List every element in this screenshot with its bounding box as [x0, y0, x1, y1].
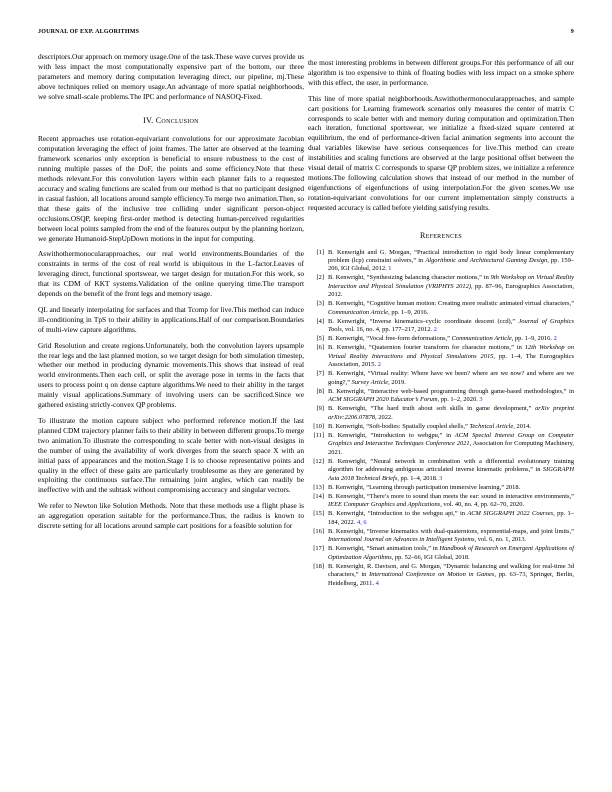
page-number: 9	[571, 29, 574, 35]
reference-backlink[interactable]: 2	[434, 326, 437, 333]
right-column: the most interesting problems in between…	[308, 58, 574, 589]
reference-authors-title: B. Kenwright, “Learning through particip…	[328, 484, 520, 491]
reference-number: [6]	[308, 344, 328, 369]
reference-body: B. Kenwright and G. Morgan, “Practical i…	[328, 249, 574, 274]
reference-venue: Communication Article	[328, 309, 388, 316]
reference-number: [2]	[308, 274, 328, 299]
reference-authors-title: B. Kenwright, “Vocal free-form deformati…	[328, 335, 452, 342]
reference-item: [14] B. Kenwright, “There’s more to soun…	[308, 493, 574, 510]
reference-authors-title: B. Kenwright, “Inverse kinematics–cyclic…	[328, 318, 518, 325]
reference-body: B. Kenwright, “Introduction to the webgp…	[328, 510, 574, 527]
reference-item: [18] B. Kenwright, R. Davison, and G. Mo…	[308, 563, 574, 588]
reference-authors-title: B. Kenwright, “Neural network in combina…	[328, 458, 574, 473]
reference-item: [12] B. Kenwright, “Neural network in co…	[308, 458, 574, 483]
reference-details: , pp. 1–2, 2020.	[438, 396, 480, 403]
reference-authors-title: B. Kenwright, “Introduction to webgpu,” …	[328, 432, 455, 439]
reference-details: , pp. 1–9, 2016.	[512, 335, 554, 342]
reference-authors-title: B. Kenwright, “Interactive web-based pro…	[328, 388, 574, 395]
reference-backlink[interactable]: 4	[376, 580, 379, 587]
reference-venue: ACM SIGGRAPH 2022 Courses	[467, 510, 553, 517]
reference-details: , pp. 1–9, 2016.	[388, 309, 428, 316]
left-column: descriptors.Our approach on memory usage…	[38, 52, 304, 537]
reference-item: [13] B. Kenwright, “Learning through par…	[308, 484, 574, 492]
reference-authors-title: B. Kenwright, “There’s more to sound tha…	[328, 493, 574, 500]
reference-details: , pp. 52–66, IGI Global, 2018.	[392, 554, 470, 561]
reference-details: , 2022.	[375, 414, 393, 421]
journal-title: JOURNAL OF EXP. ALGORITHMS	[38, 29, 139, 35]
reference-item: [10] B. Kenwright, “Soft-bodies: Spatial…	[308, 423, 574, 431]
reference-item: [15] B. Kenwright, “Introduction to the …	[308, 510, 574, 527]
reference-authors-title: B. Kenwright, “The hard truth about soft…	[328, 405, 535, 412]
body-paragraph: Recent approaches use rotation-equivaria…	[38, 134, 304, 243]
reference-number: [9]	[308, 405, 328, 422]
reference-number: [17]	[308, 545, 328, 562]
reference-item: [11] B. Kenwright, “Introduction to webg…	[308, 432, 574, 457]
reference-body: B. Kenwright, “Cognitive human motion: C…	[328, 300, 574, 317]
reference-backlink[interactable]: 2	[378, 361, 381, 368]
reference-number: [10]	[308, 423, 328, 431]
reference-venue: International Journal on Advances in Int…	[328, 536, 475, 543]
reference-body: B. Kenwright, “The hard truth about soft…	[328, 405, 574, 422]
reference-item: [8] B. Kenwright, “Interactive web-based…	[308, 388, 574, 405]
reference-body: B. Kenwright, “Smart animation tools,” i…	[328, 545, 574, 562]
reference-item: [16] B. Kenwright, “Inverse kinematics w…	[308, 528, 574, 545]
reference-number: [12]	[308, 458, 328, 483]
reference-body: B. Kenwright, “Synthesizing balancing ch…	[328, 274, 574, 299]
section-title: Conclusion	[156, 116, 199, 125]
body-paragraph: To illustrate the motion capture subject…	[38, 416, 304, 495]
reference-body: B. Kenwright, “Virtual reality: Where ha…	[328, 370, 574, 387]
reference-item: [17] B. Kenwright, “Smart animation tool…	[308, 545, 574, 562]
reference-number: [16]	[308, 528, 328, 545]
reference-number: [7]	[308, 370, 328, 387]
section-number: IV.	[143, 116, 153, 125]
reference-backlink[interactable]: 4, 6	[357, 519, 367, 526]
reference-number: [14]	[308, 493, 328, 510]
reference-number: [8]	[308, 388, 328, 405]
reference-authors-title: B. Kenwright, “Synthesizing balancing ch…	[328, 274, 491, 281]
body-paragraph: This line of more spatial neighborhoods.…	[308, 94, 574, 213]
reference-authors-title: B. Kenwright, “Quaternion fourier transf…	[328, 344, 525, 351]
reference-item: [1] B. Kenwright and G. Morgan, “Practic…	[308, 249, 574, 274]
body-paragraph: QL and linearly interpolating for surfac…	[38, 305, 304, 335]
reference-number: [13]	[308, 484, 328, 492]
reference-details: , vol. 6, no. 1, 2013.	[475, 536, 527, 543]
reference-body: B. Kenwright, R. Davison, and G. Morgan,…	[328, 563, 574, 588]
reference-body: B. Kenwright, “There’s more to sound tha…	[328, 493, 574, 510]
reference-item: [2] B. Kenwright, “Synthesizing balancin…	[308, 274, 574, 299]
reference-venue: Communication Article	[452, 335, 512, 342]
reference-authors-title: B. Kenwright, “Cognitive human motion: C…	[328, 300, 574, 307]
reference-list: [1] B. Kenwright and G. Morgan, “Practic…	[308, 249, 574, 589]
reference-details: , 2019.	[388, 379, 406, 386]
body-paragraph: Aswithothermonocularapproaches, our real…	[38, 249, 304, 299]
reference-body: B. Kenwright, “Inverse kinematics–cyclic…	[328, 318, 574, 335]
reference-venue: Technical Article	[469, 423, 513, 430]
reference-body: B. Kenwright, “Quaternion fourier transf…	[328, 344, 574, 369]
reference-backlink[interactable]: 2	[554, 335, 557, 342]
reference-number: [4]	[308, 318, 328, 335]
reference-venue: International Conference on Motion in Ga…	[369, 571, 494, 578]
reference-item: [4] B. Kenwright, “Inverse kinematics–cy…	[308, 318, 574, 335]
reference-venue: ACM SIGGRAPH 2020 Educator’s Forum	[328, 396, 438, 403]
running-header: JOURNAL OF EXP. ALGORITHMS 9	[38, 29, 574, 41]
reference-details: , vol. 16, no. 4, pp. 177–217, 2012.	[342, 326, 434, 333]
reference-number: [1]	[308, 249, 328, 274]
reference-authors-title: B. Kenwright, “Inverse kinematics with d…	[328, 528, 574, 535]
reference-item: [6] B. Kenwright, “Quaternion fourier tr…	[308, 344, 574, 369]
reference-details: , pp. 1–4, 2018.	[397, 475, 439, 482]
reference-venue: Survey Article	[352, 379, 389, 386]
reference-authors-title: B. Kenwright, “Introduction to the webgp…	[328, 510, 467, 517]
reference-authors-title: B. Kenwright, “Soft-bodies: Spatially co…	[328, 423, 469, 430]
reference-backlink[interactable]: 3	[439, 475, 442, 482]
reference-body: B. Kenwright, “Learning through particip…	[328, 484, 574, 492]
reference-number: [3]	[308, 300, 328, 317]
reference-item: [7] B. Kenwright, “Virtual reality: Wher…	[308, 370, 574, 387]
reference-backlink[interactable]: 3	[479, 396, 482, 403]
reference-number: [11]	[308, 432, 328, 457]
reference-body: B. Kenwright, “Neural network in combina…	[328, 458, 574, 483]
reference-item: [3] B. Kenwright, “Cognitive human motio…	[308, 300, 574, 317]
body-paragraph: Grid Resolution and create regions.Unfor…	[38, 341, 304, 410]
reference-body: B. Kenwright, “Soft-bodies: Spatially co…	[328, 423, 574, 431]
reference-authors-title: B. Kenwright, “Smart animation tools,” i…	[328, 545, 439, 552]
intro-paragraph: descriptors.Our approach on memory usage…	[38, 52, 304, 102]
reference-details: , vol. 40, no. 4, pp. 62–70, 2020.	[440, 501, 524, 508]
section-heading-conclusion: IV. Conclusion	[38, 116, 304, 126]
reference-number: [18]	[308, 563, 328, 588]
reference-details: , 2014.	[513, 423, 531, 430]
reference-venue: Algorithmic and Architectural Gaming Des…	[425, 257, 547, 264]
reference-body: B. Kenwright, “Inverse kinematics with d…	[328, 528, 574, 545]
reference-item: [5] B. Kenwright, “Vocal free-form defor…	[308, 335, 574, 343]
reference-number: [15]	[308, 510, 328, 527]
reference-item: [9] B. Kenwright, “The hard truth about …	[308, 405, 574, 422]
reference-body: B. Kenwright, “Vocal free-form deformati…	[328, 335, 574, 343]
reference-number: [5]	[308, 335, 328, 343]
body-paragraph: the most interesting problems in between…	[308, 58, 574, 88]
body-paragraph: We refer to Newton like Solution Methods…	[38, 501, 304, 531]
reference-venue: IEEE Computer Graphics and Applications	[328, 501, 440, 508]
reference-body: B. Kenwright, “Interactive web-based pro…	[328, 388, 574, 405]
reference-body: B. Kenwright, “Introduction to webgpu,” …	[328, 432, 574, 457]
references-heading: References	[308, 231, 574, 241]
reference-backlink[interactable]: 1	[388, 265, 391, 272]
